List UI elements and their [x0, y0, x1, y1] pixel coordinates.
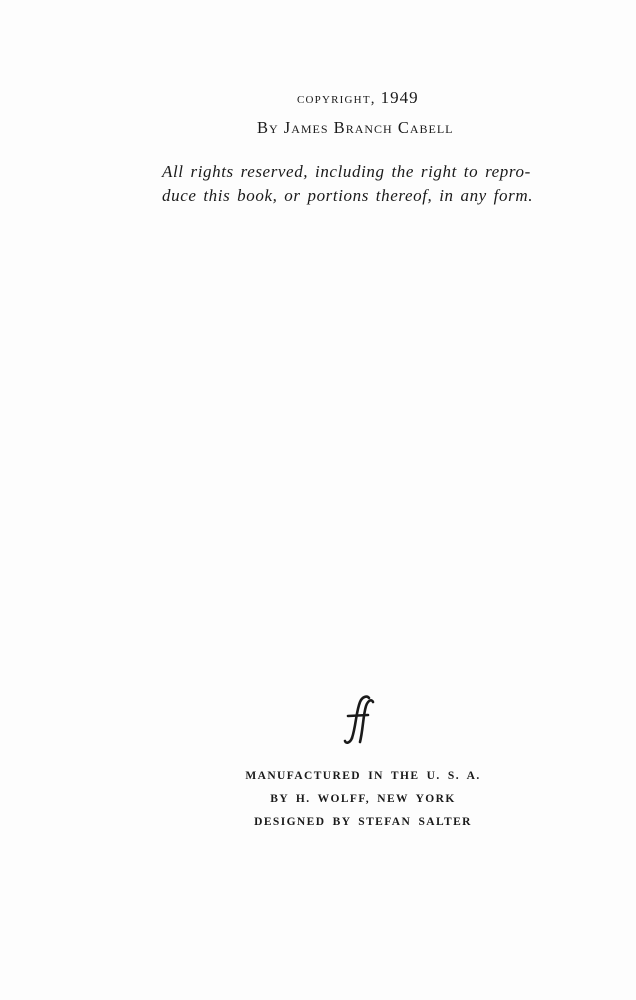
colophon-line-printer: BY H. WOLFF, NEW YORK	[232, 788, 494, 811]
copyright-year: 1949	[381, 88, 419, 107]
colophon-line-designer: DESIGNED BY STEFAN SALTER	[232, 811, 494, 834]
copyright-line: Copyright, 1949	[297, 88, 419, 108]
colophon-line-manufactured: MANUFACTURED IN THE U. S. A.	[232, 765, 494, 788]
ff-monogram-icon	[338, 690, 378, 750]
colophon: MANUFACTURED IN THE U. S. A. BY H. WOLFF…	[232, 765, 494, 834]
author-line: By James Branch Cabell	[257, 118, 453, 138]
rights-notice-line: All rights reserved, including the right…	[162, 160, 562, 184]
copyright-label: Copyright,	[297, 91, 376, 107]
rights-notice-line: duce this book, or portions thereof, in …	[162, 184, 562, 208]
rights-notice: All rights reserved, including the right…	[162, 160, 562, 208]
